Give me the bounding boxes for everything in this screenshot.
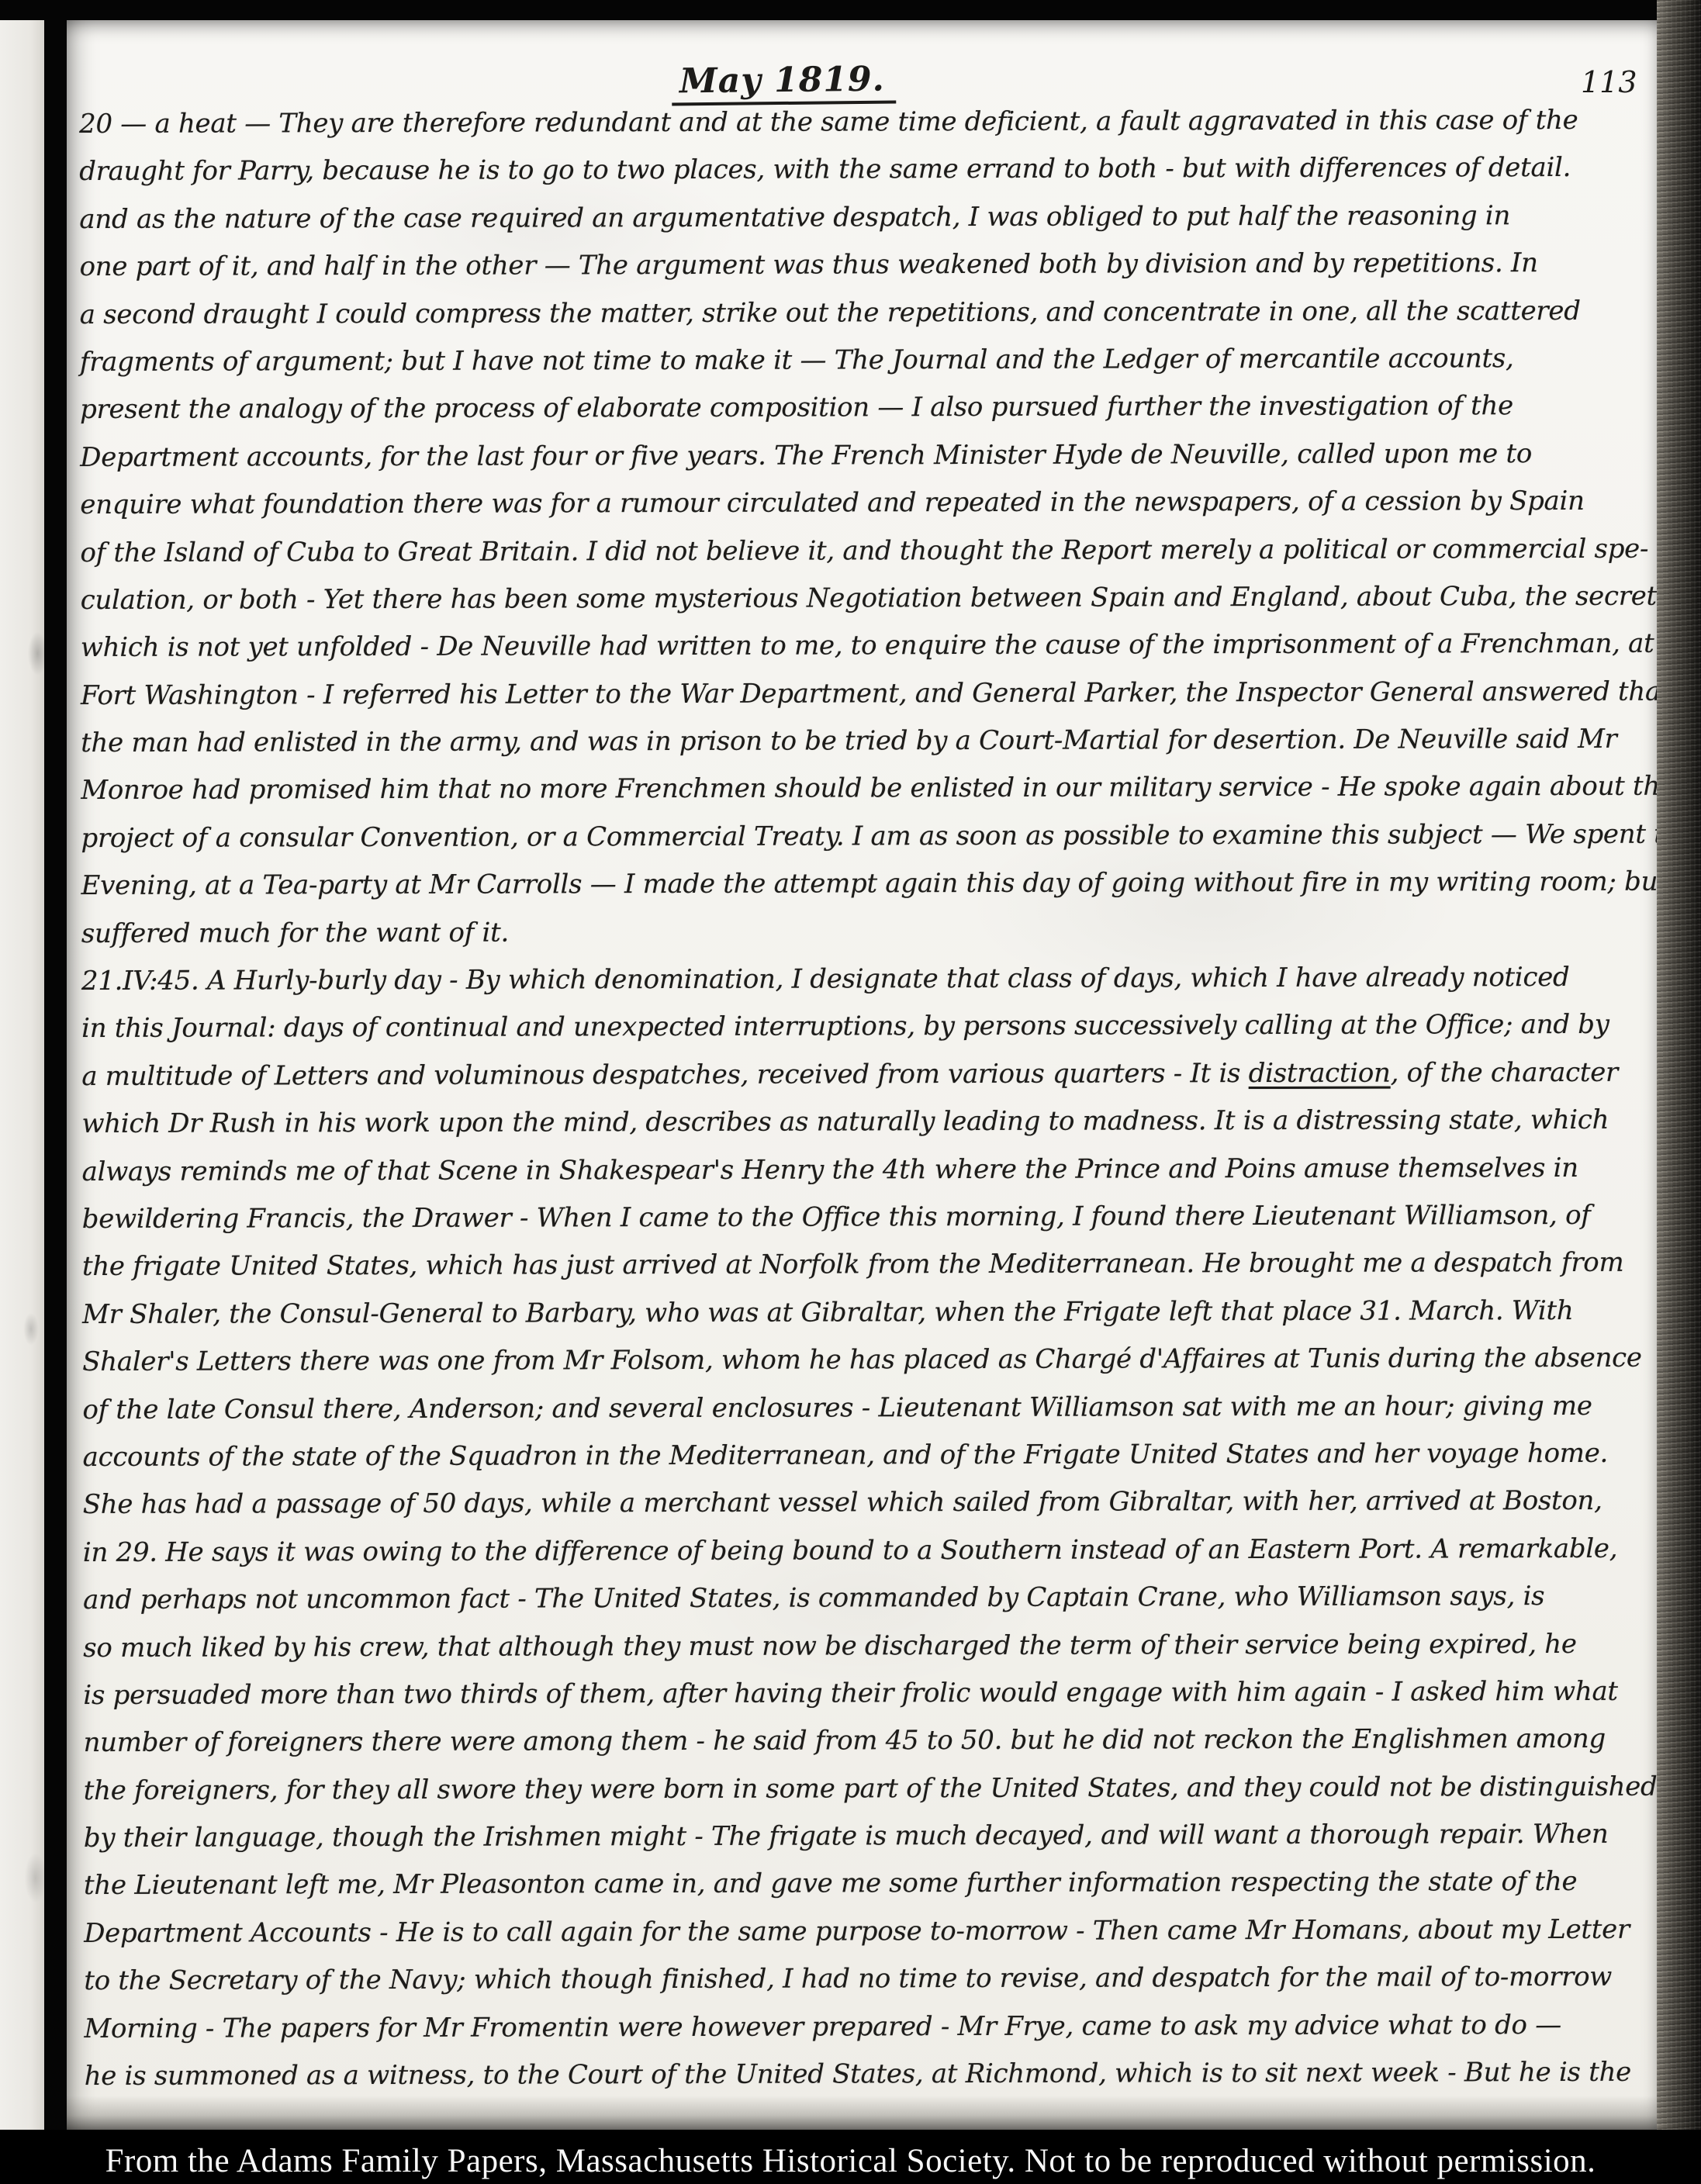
manuscript-line: to the Secretary of the Navy; which thou… <box>84 1954 1654 2006</box>
manuscript-line: project of a consular Convention, or a C… <box>81 811 1651 863</box>
manuscript-line: in this Journal: days of continual and u… <box>81 1001 1651 1053</box>
manuscript-page: May 1819. 113 20 — a heat — They are the… <box>67 20 1657 2131</box>
page-number: 113 <box>1581 65 1637 99</box>
manuscript-line: and as the nature of the case required a… <box>79 192 1649 244</box>
manuscript-line: is persuaded more than two thirds of the… <box>83 1668 1653 1720</box>
manuscript-line: culation, or both - Yet there has been s… <box>81 573 1651 625</box>
page-bottom-shadow <box>67 2096 1657 2131</box>
manuscript-line: Department accounts, for the last four o… <box>80 430 1650 482</box>
manuscript-line: draught for Parry, because he is to go t… <box>79 144 1649 196</box>
manuscript-line: accounts of the state of the Squadron in… <box>83 1430 1653 1482</box>
manuscript-lines: 20 — a heat — They are therefore redunda… <box>79 97 1654 2101</box>
credit-bar: From the Adams Family Papers, Massachuse… <box>0 2130 1701 2184</box>
manuscript-line: 21.IV:45. A Hurly-burly day - By which d… <box>81 954 1651 1006</box>
manuscript-line: 20 — a heat — They are therefore redunda… <box>79 97 1649 149</box>
manuscript-line: of the Island of Cuba to Great Britain. … <box>80 525 1650 577</box>
manuscript-line: so much liked by his crew, that although… <box>83 1620 1653 1672</box>
manuscript-line: enquire what foundation there was for a … <box>80 478 1650 530</box>
manuscript-line: suffered much for the want of it. <box>81 906 1651 958</box>
credit-text: From the Adams Family Papers, Massachuse… <box>105 2134 1596 2180</box>
manuscript-line: by their language, though the Irishmen m… <box>84 1811 1654 1863</box>
manuscript-line: number of foreigners there were among th… <box>83 1716 1653 1768</box>
manuscript-line: Monroe had promised him that no more Fre… <box>81 763 1651 815</box>
manuscript-line: he is summoned as a witness, to the Cour… <box>85 2049 1654 2101</box>
manuscript-line: which Dr Rush in his work upon the mind,… <box>81 1097 1651 1149</box>
manuscript-line: the foreigners, for they all swore they … <box>84 1763 1654 1815</box>
underlined-word: distraction <box>1249 1057 1391 1088</box>
manuscript-line: and perhaps not uncommon fact - The Unit… <box>83 1573 1653 1625</box>
manuscript-line: Evening, at a Tea-party at Mr Carrolls —… <box>81 859 1651 911</box>
manuscript-scan: May 1819. 113 20 — a heat — They are the… <box>0 0 1701 2184</box>
manuscript-line: present the analogy of the process of el… <box>80 382 1650 434</box>
manuscript-line: Fort Washington - I referred his Letter … <box>81 668 1651 720</box>
manuscript-line: the man had enlisted in the army, and wa… <box>81 716 1651 768</box>
facing-page-edge <box>0 20 44 2131</box>
manuscript-line: Mr Shaler, the Consul-General to Barbary… <box>82 1287 1652 1339</box>
manuscript-line: Shaler's Letters there was one from Mr F… <box>82 1335 1652 1387</box>
manuscript-line: Morning - The papers for Mr Fromentin we… <box>84 2001 1654 2053</box>
manuscript-line: one part of it, and half in the other — … <box>79 240 1649 292</box>
manuscript-line: of the late Consul there, Anderson; and … <box>82 1382 1652 1434</box>
manuscript-line: always reminds me of that Scene in Shake… <box>82 1144 1652 1196</box>
manuscript-line: the frigate United States, which has jus… <box>82 1239 1652 1291</box>
manuscript-line: in 29. He says it was owing to the diffe… <box>83 1525 1653 1577</box>
manuscript-line: Department Accounts - He is to call agai… <box>84 1906 1654 1958</box>
manuscript-line: a second draught I could compress the ma… <box>80 287 1650 339</box>
book-binding-edge <box>1657 0 1701 2184</box>
manuscript-line: bewildering Francis, the Drawer - When I… <box>82 1192 1652 1244</box>
manuscript-line: She has had a passage of 50 days, while … <box>83 1477 1653 1529</box>
manuscript-line: fragments of argument; but I have not ti… <box>80 335 1650 387</box>
manuscript-line: the Lieutenant left me, Mr Pleasonton ca… <box>84 1858 1654 1910</box>
manuscript-line: a multitude of Letters and voluminous de… <box>81 1049 1651 1101</box>
manuscript-line: which is not yet unfolded - De Neuville … <box>81 620 1651 672</box>
